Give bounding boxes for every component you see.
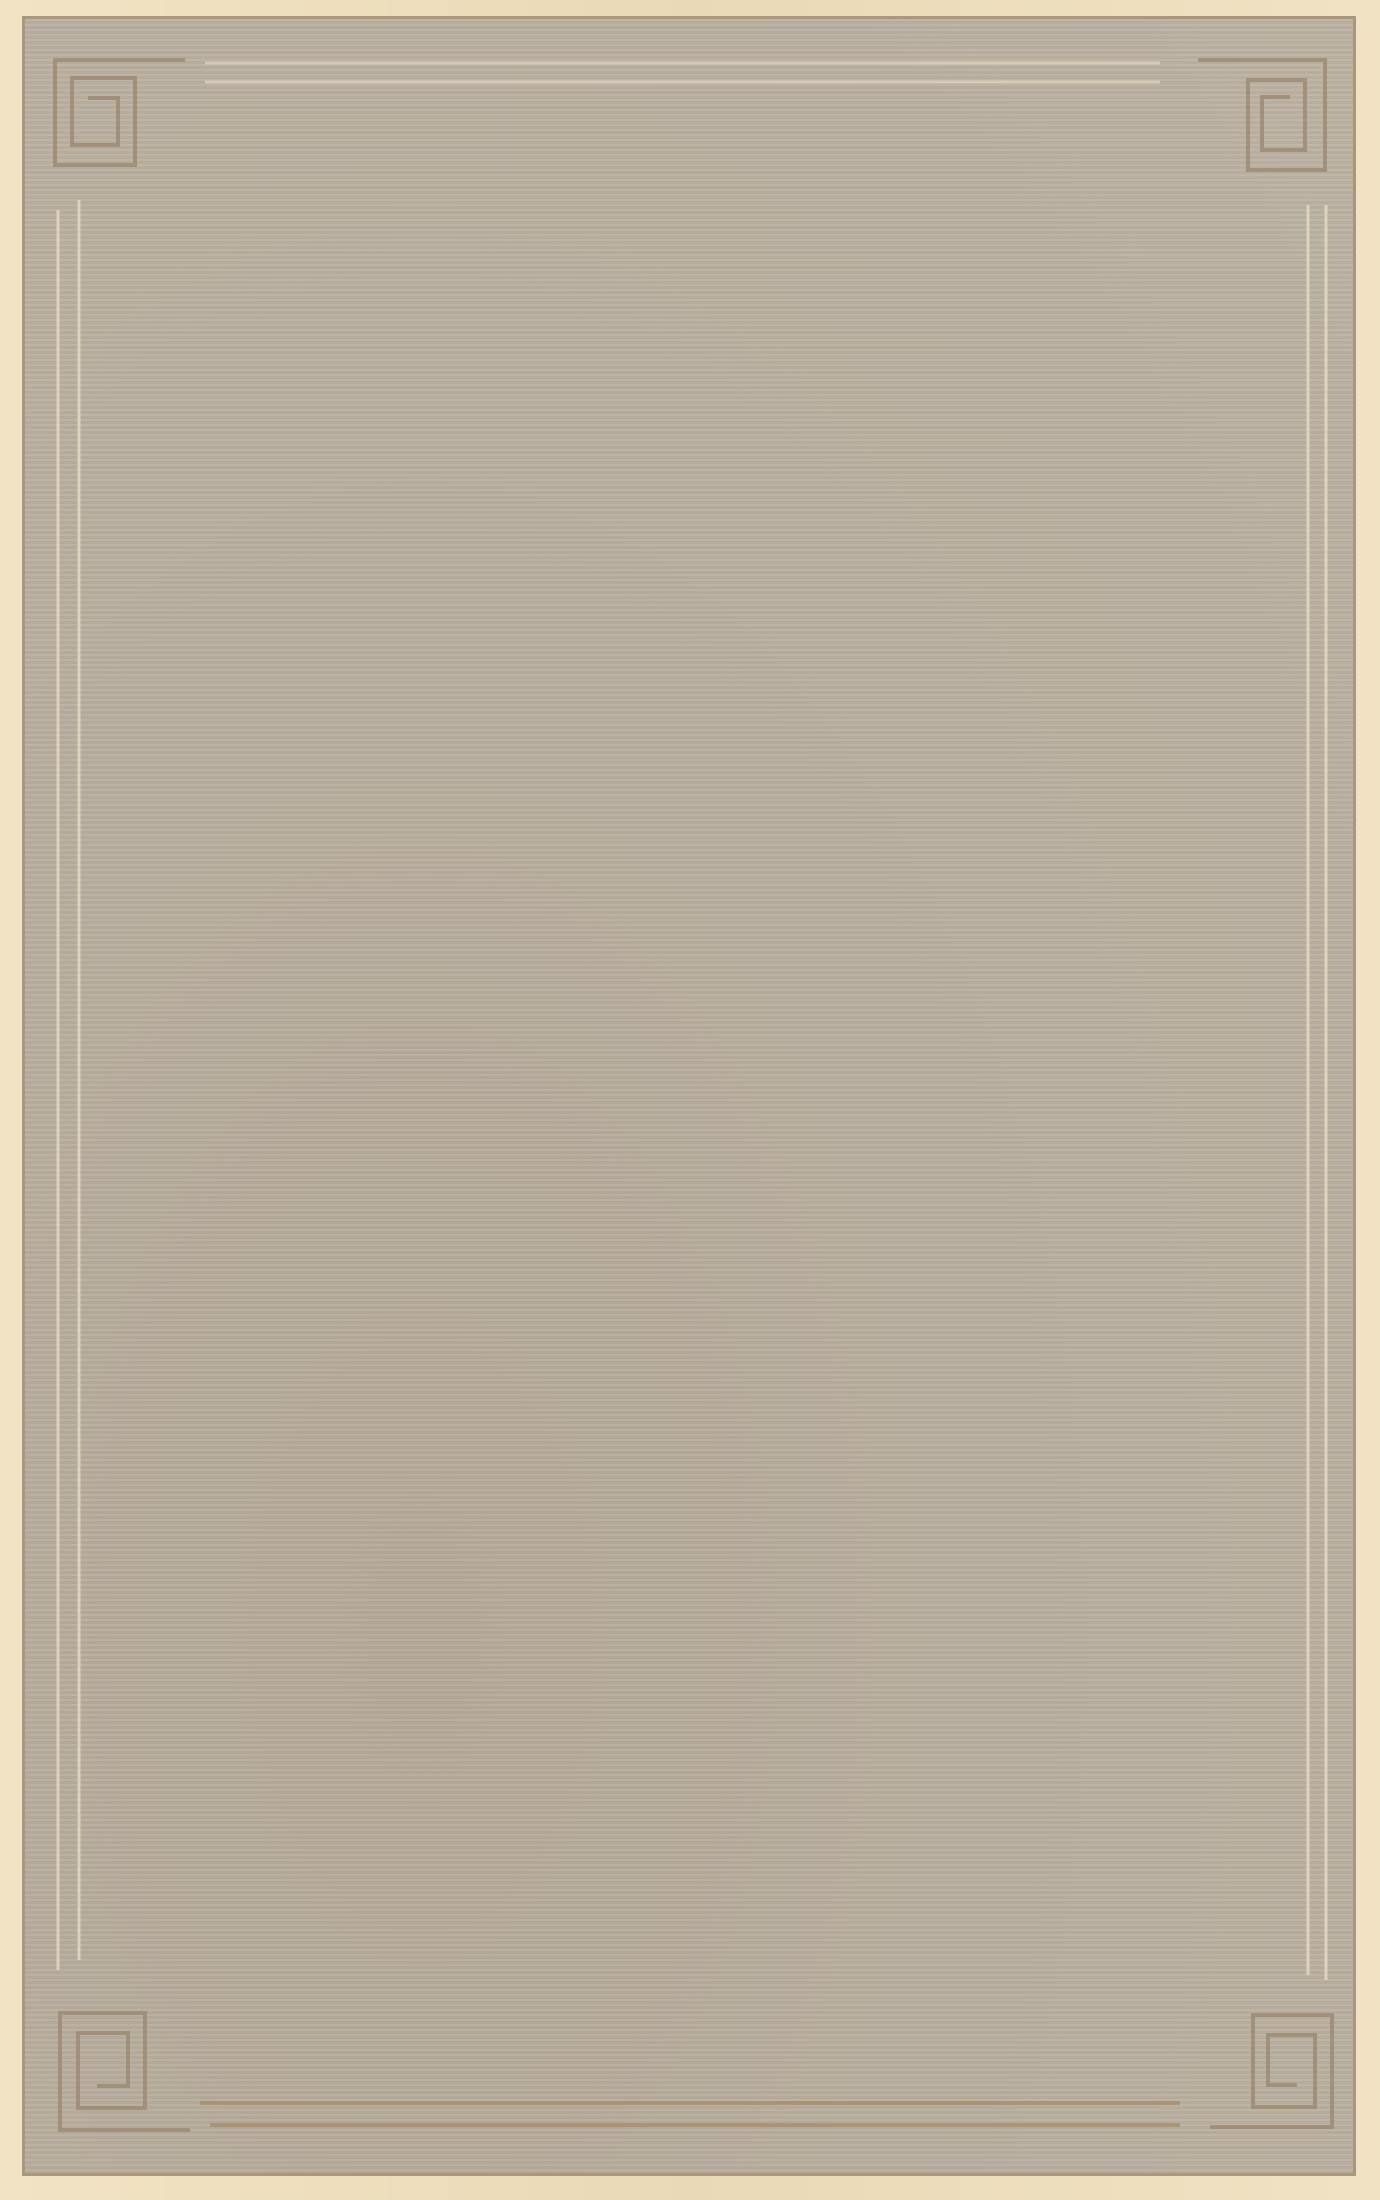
bottom-border-stripes xyxy=(200,2103,1180,2125)
corner-motif-top-left xyxy=(55,60,185,165)
right-border-stripes xyxy=(1308,205,1326,1980)
left-border-stripes xyxy=(58,200,79,1970)
corner-motif-bottom-right xyxy=(1210,2015,1332,2127)
top-border-stripes xyxy=(205,63,1160,82)
corner-motif-bottom-left xyxy=(60,2013,190,2130)
rug-pattern xyxy=(0,0,1380,2200)
corner-motif-top-right xyxy=(1198,60,1325,170)
